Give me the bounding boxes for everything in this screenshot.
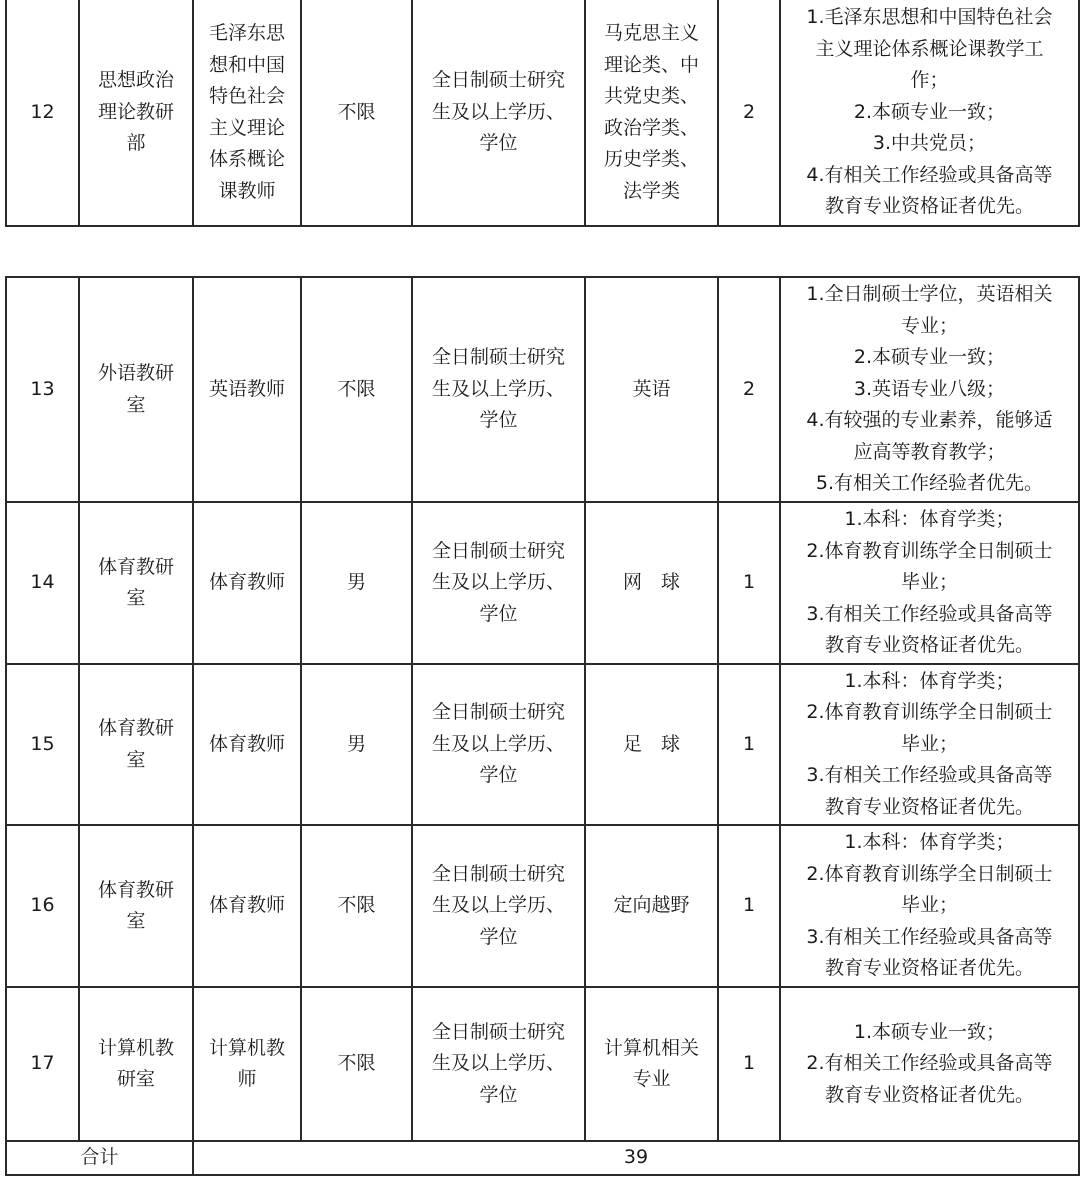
education-cell: 全日制硕士研究 生及以上学历、 学位 — [412, 277, 585, 502]
requirements-cell: 1.全日制硕士学位，英语相关 专业； 2.本硕专业一致； 3.英语专业八级； 4… — [780, 277, 1079, 502]
major-cell: 马克思主义 理论类、中 共党史类、 政治学类、 历史学类、 法学类 — [585, 0, 718, 226]
table-row: 14 体育教研 室 体育教师 男 全日制硕士研究 生及以上学历、 学位 网 球 … — [6, 502, 1079, 664]
gender-cell: 不限 — [301, 825, 412, 987]
department-cell: 计算机教 研室 — [79, 987, 193, 1141]
department-cell: 思想政治 理论教研 部 — [79, 0, 193, 226]
table-row: 15 体育教研 室 体育教师 男 全日制硕士研究 生及以上学历、 学位 足 球 … — [6, 664, 1079, 825]
total-label: 合计 — [6, 1141, 193, 1175]
department-cell: 体育教研 室 — [79, 502, 193, 664]
position-cell: 体育教师 — [193, 664, 301, 825]
education-cell: 全日制硕士研究 生及以上学历、 学位 — [412, 664, 585, 825]
major-cell: 网 球 — [585, 502, 718, 664]
recruitment-table-part-2: 13 外语教研 室 英语教师 不限 全日制硕士研究 生及以上学历、 学位 英语 … — [5, 276, 1080, 1176]
requirements-cell: 1.本硕专业一致； 2.有相关工作经验或具备高等 教育专业资格证者优先。 — [780, 987, 1079, 1141]
headcount-cell: 1 — [718, 825, 780, 987]
row-number: 15 — [6, 664, 79, 825]
recruitment-table-part-1: 12 思想政治 理论教研 部 毛泽东思 想和中国 特色社会 主义理论 体系概论 … — [5, 0, 1080, 227]
row-number: 17 — [6, 987, 79, 1141]
headcount-cell: 1 — [718, 987, 780, 1141]
headcount-cell: 1 — [718, 502, 780, 664]
requirements-cell: 1.本科：体育学类； 2.体育教育训练学全日制硕士 毕业； 3.有相关工作经验或… — [780, 825, 1079, 987]
major-cell: 足 球 — [585, 664, 718, 825]
position-cell: 英语教师 — [193, 277, 301, 502]
education-cell: 全日制硕士研究 生及以上学历、 学位 — [412, 825, 585, 987]
education-cell: 全日制硕士研究 生及以上学历、 学位 — [412, 0, 585, 226]
table-row: 17 计算机教 研室 计算机教 师 不限 全日制硕士研究 生及以上学历、 学位 … — [6, 987, 1079, 1141]
total-value: 39 — [193, 1141, 1079, 1175]
row-number: 16 — [6, 825, 79, 987]
department-cell: 外语教研 室 — [79, 277, 193, 502]
gender-cell: 不限 — [301, 0, 412, 226]
education-cell: 全日制硕士研究 生及以上学历、 学位 — [412, 987, 585, 1141]
table-row: 13 外语教研 室 英语教师 不限 全日制硕士研究 生及以上学历、 学位 英语 … — [6, 277, 1079, 502]
row-number: 14 — [6, 502, 79, 664]
position-cell: 体育教师 — [193, 502, 301, 664]
row-number: 13 — [6, 277, 79, 502]
total-row: 合计 39 — [6, 1141, 1079, 1175]
position-cell: 体育教师 — [193, 825, 301, 987]
headcount-cell: 2 — [718, 0, 780, 226]
major-cell: 定向越野 — [585, 825, 718, 987]
department-cell: 体育教研 室 — [79, 664, 193, 825]
education-cell: 全日制硕士研究 生及以上学历、 学位 — [412, 502, 585, 664]
gender-cell: 不限 — [301, 987, 412, 1141]
position-cell: 计算机教 师 — [193, 987, 301, 1141]
headcount-cell: 2 — [718, 277, 780, 502]
major-cell: 英语 — [585, 277, 718, 502]
department-cell: 体育教研 室 — [79, 825, 193, 987]
gender-cell: 不限 — [301, 277, 412, 502]
headcount-cell: 1 — [718, 664, 780, 825]
requirements-cell: 1.本科：体育学类； 2.体育教育训练学全日制硕士 毕业； 3.有相关工作经验或… — [780, 664, 1079, 825]
major-cell: 计算机相关 专业 — [585, 987, 718, 1141]
table-row: 16 体育教研 室 体育教师 不限 全日制硕士研究 生及以上学历、 学位 定向越… — [6, 825, 1079, 987]
gender-cell: 男 — [301, 502, 412, 664]
requirements-cell: 1.毛泽东思想和中国特色社会 主义理论体系概论课教学工 作； 2.本硕专业一致；… — [780, 0, 1079, 226]
table-row: 12 思想政治 理论教研 部 毛泽东思 想和中国 特色社会 主义理论 体系概论 … — [6, 0, 1079, 226]
requirements-cell: 1.本科：体育学类； 2.体育教育训练学全日制硕士 毕业； 3.有相关工作经验或… — [780, 502, 1079, 664]
gender-cell: 男 — [301, 664, 412, 825]
position-cell: 毛泽东思 想和中国 特色社会 主义理论 体系概论 课教师 — [193, 0, 301, 226]
row-number: 12 — [6, 0, 79, 226]
